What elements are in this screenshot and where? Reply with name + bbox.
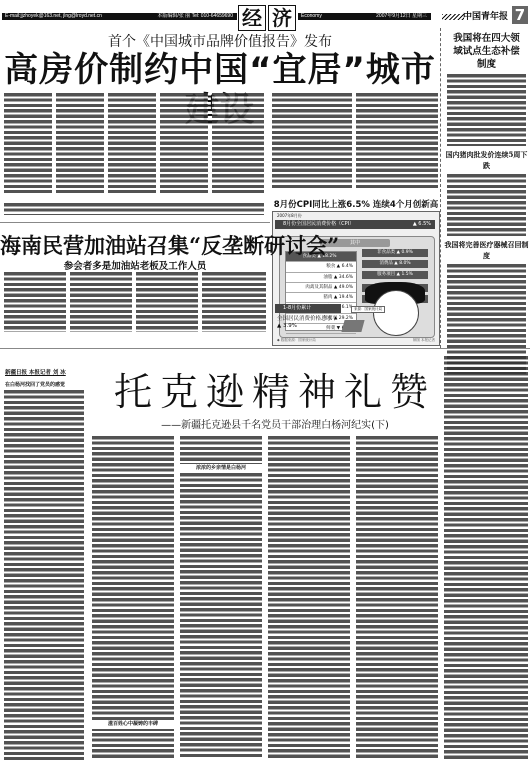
- cpi-main-label: 8月份全国居民消费价格（CPI）: [283, 221, 354, 227]
- brief-2-title: 国内猪肉批发价连续5周下跌: [443, 149, 530, 171]
- sidebar-briefs: 我国将在四大领域试点生态补偿制度 国内猪肉批发价连续5周下跌 我国将完善医疗器械…: [443, 28, 530, 313]
- top-story-col-3: [108, 93, 156, 193]
- hainan-col-4: [202, 272, 266, 332]
- feature-col-5: [356, 436, 438, 760]
- feature-byline: 新疆日报 本报记者 刘 冰: [5, 368, 66, 376]
- cpi-left-row: 肉禽及其制品 ▲ 49.0%: [286, 283, 356, 293]
- masthead-right-strip: Economy 2007年9月12日 星期三: [298, 13, 431, 20]
- hainan-col-1: [4, 272, 66, 332]
- cpi-graphic-title: 8月份CPI同比上涨6.5% 连续4个月创新高: [272, 198, 440, 210]
- hainan-subhead: 参会者多是加油站老板及工作人员: [0, 258, 270, 272]
- calculator-icon: [341, 320, 364, 332]
- top-story-col-7: [356, 93, 438, 189]
- hainan-col-2: [70, 272, 132, 332]
- cumulative-text: 全国居民消费价格总水平 ▲ 3.9%: [277, 316, 339, 330]
- cpi-source: ◆ 数据来源：国家统计局: [277, 338, 316, 343]
- masthead: E-mail:jjzhoyek@163.net, jlng@lroyd.net.…: [0, 5, 530, 25]
- feature-subhead: ——新疆托克逊县千名党员干部治理白杨河纪实(下): [110, 416, 440, 431]
- paper-logo: 中国青年报: [463, 9, 508, 22]
- section-divider: [0, 348, 530, 349]
- feature-headline: 托克逊精神礼赞: [110, 370, 440, 414]
- hainan-headline: 海南民营加油站召集“反垄断研讨会”: [0, 230, 270, 260]
- editor-contact: 本版编辑/张 丽 Tel: 010-64659690: [157, 13, 233, 20]
- cpi-footer: ◆ 数据来源：国家统计局 制图 本报记者: [277, 338, 435, 343]
- cpi-period: 2007年8月份: [277, 213, 302, 219]
- issue-date: 2007年9月12日 星期三: [376, 13, 427, 20]
- brief-2-body: [447, 174, 526, 236]
- top-story-col-2: [56, 93, 104, 193]
- top-story-col-5: [212, 93, 264, 193]
- feature-intertitle-1: 浓浓的乡亲情是白杨河: [180, 464, 262, 473]
- masthead-left-strip: E-mail:jjzhoyek@163.net, jlng@lroyd.net.…: [2, 13, 237, 20]
- cpi-left-row: 猪肉 ▲ 19.4%: [286, 293, 356, 303]
- feature-col-2: [92, 436, 174, 760]
- top-story-col-4: [160, 93, 208, 193]
- feature-col-6: [444, 356, 528, 760]
- cpi-right-row: 非食品类 ▲ 0.9%: [362, 249, 428, 257]
- cpi-main-value: ▲ 6.5%: [413, 220, 431, 229]
- cpi-left-row: 粮食 ▲ 6.4%: [286, 262, 356, 272]
- section-char-right: 济: [268, 5, 296, 31]
- section-en: Economy: [301, 13, 322, 19]
- top-story-col-6: [272, 93, 352, 189]
- feature-col-3: 浓浓的乡亲情是白杨河: [180, 436, 262, 760]
- brief-1-body: [447, 74, 526, 146]
- cpi-right-row: 消费品 ▲ 8.0%: [362, 260, 428, 268]
- cumulative-header: 1-8月份累计: [275, 304, 341, 313]
- divider: [0, 222, 270, 223]
- decorative-hatch: [442, 14, 464, 20]
- brief-1-title: 我国将在四大领域试点生态补偿制度: [443, 28, 530, 71]
- cpi-infographic: 2007年8月份 8月份全国居民消费价格（CPI） ▲ 6.5% 其中 食品类 …: [272, 211, 440, 346]
- section-char-left: 经: [238, 5, 266, 31]
- hainan-col-3: [136, 272, 198, 332]
- feature-col-1: [4, 390, 84, 760]
- top-story-col-1: [4, 93, 52, 193]
- email: E-mail:jjzhoyek@163.net, jlng@lroyd.net.…: [5, 13, 102, 19]
- column-rule: [440, 28, 441, 348]
- feature-col-4: [268, 436, 350, 760]
- page-number: 7: [512, 6, 528, 24]
- cpi-right-row: 服务项目 ▲ 1.5%: [362, 271, 428, 279]
- cpi-left-row: 油脂 ▲ 34.6%: [286, 273, 356, 283]
- feature-intertitle-2: 滋百姓心中凝铸的丰碑: [92, 720, 174, 729]
- cpi-credit: 制图 本报记者: [413, 338, 435, 343]
- feature-kicker: 在白杨河找回了党员的感觉: [5, 381, 65, 388]
- brief-3-title: 我国将完善医疗器械召回制度: [443, 239, 530, 261]
- top-story-tail: [4, 203, 264, 217]
- cpi-note: 来源：国家统计局: [351, 306, 385, 313]
- cartoon-face-illustration: [373, 290, 419, 336]
- top-story-kicker: 首个《中国城市品牌价值报告》发布: [0, 31, 440, 51]
- cpi-main-bar: 8月份全国居民消费价格（CPI） ▲ 6.5%: [275, 220, 435, 229]
